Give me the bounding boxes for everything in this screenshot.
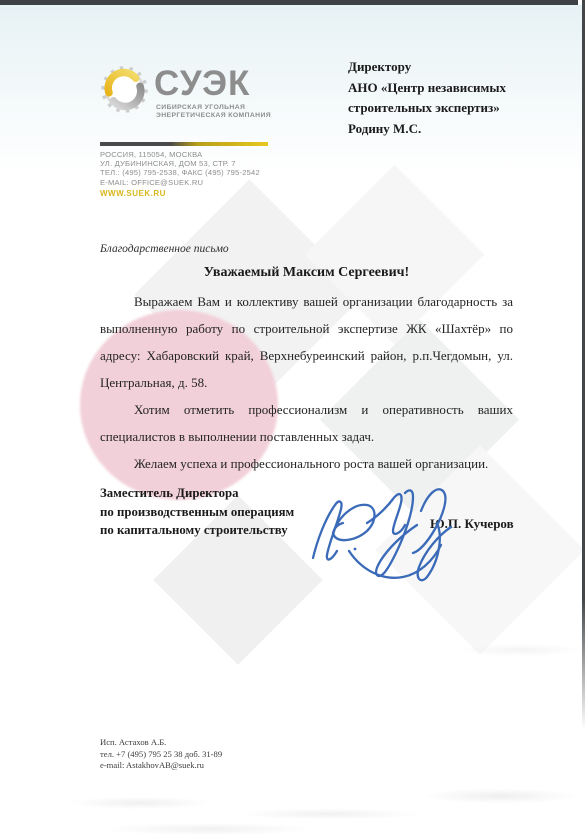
letterhead-address: РОССИЯ, 115054, МОСКВА УЛ. ДУБИНИНСКАЯ, …: [100, 150, 260, 187]
website-url: WWW.SUEK.RU: [100, 189, 166, 198]
signer-title-line: по производственным операциям: [100, 503, 294, 522]
recipient-line: АНО «Центр независимых: [348, 78, 506, 99]
executor-line: Исп. Астахов А.Б.: [100, 737, 222, 749]
brand-subtitle-line2: ЭНЕРГЕТИЧЕСКАЯ КОМПАНИЯ: [156, 112, 271, 120]
document-type-label: Благодарственное письмо: [100, 243, 229, 255]
address-line: ТЕЛ.: (495) 795-2538, ФАКС (495) 795-254…: [100, 168, 260, 177]
recipient-line: Директору: [348, 57, 506, 78]
brand-subtitle-line1: СИБИРСКАЯ УГОЛЬНАЯ: [156, 104, 271, 112]
salutation: Уважаемый Максим Сергеевич!: [100, 265, 513, 281]
body-paragraph: Выражаем Вам и коллективу вашей организа…: [100, 288, 513, 396]
recipient-line: строительных экспертиз»: [348, 98, 506, 119]
recipient-block: Директору АНО «Центр независимых строите…: [348, 57, 506, 139]
brand-subtitle: СИБИРСКАЯ УГОЛЬНАЯ ЭНЕРГЕТИЧЕСКАЯ КОМПАН…: [156, 104, 271, 120]
address-line: УЛ. ДУБИНИНСКАЯ, ДОМ 53, СТР. 7: [100, 159, 260, 168]
scanned-letter-page: СУЭК СИБИРСКАЯ УГОЛЬНАЯ ЭНЕРГЕТИЧЕСКАЯ К…: [0, 0, 585, 839]
recipient-line: Родину М.С.: [348, 119, 506, 140]
executor-line: тел. +7 (495) 795 25 38 доб. 31-89: [100, 749, 222, 761]
signer-title-line: Заместитель Директора: [100, 484, 294, 503]
executor-line: e-mail: AstakhovAB@suek.ru: [100, 760, 222, 772]
letterhead-divider: [100, 142, 268, 146]
brand-name: СУЭК: [154, 64, 250, 104]
scan-edge-top: [0, 0, 578, 5]
address-line: РОССИЯ, 115054, МОСКВА: [100, 150, 260, 159]
address-line: E-MAIL: OFFICE@SUEK.RU: [100, 178, 260, 187]
letter-body: Выражаем Вам и коллективу вашей организа…: [100, 288, 513, 477]
body-paragraph: Хотим отметить профессионализм и операти…: [100, 396, 513, 450]
signer-title-line: по капитальному строительству: [100, 521, 294, 540]
signer-title-block: Заместитель Директора по производственны…: [100, 484, 294, 540]
handwritten-signature: [293, 463, 473, 603]
executor-block: Исп. Астахов А.Б. тел. +7 (495) 795 25 3…: [100, 737, 222, 772]
suek-gear-logo-icon: [101, 66, 148, 113]
